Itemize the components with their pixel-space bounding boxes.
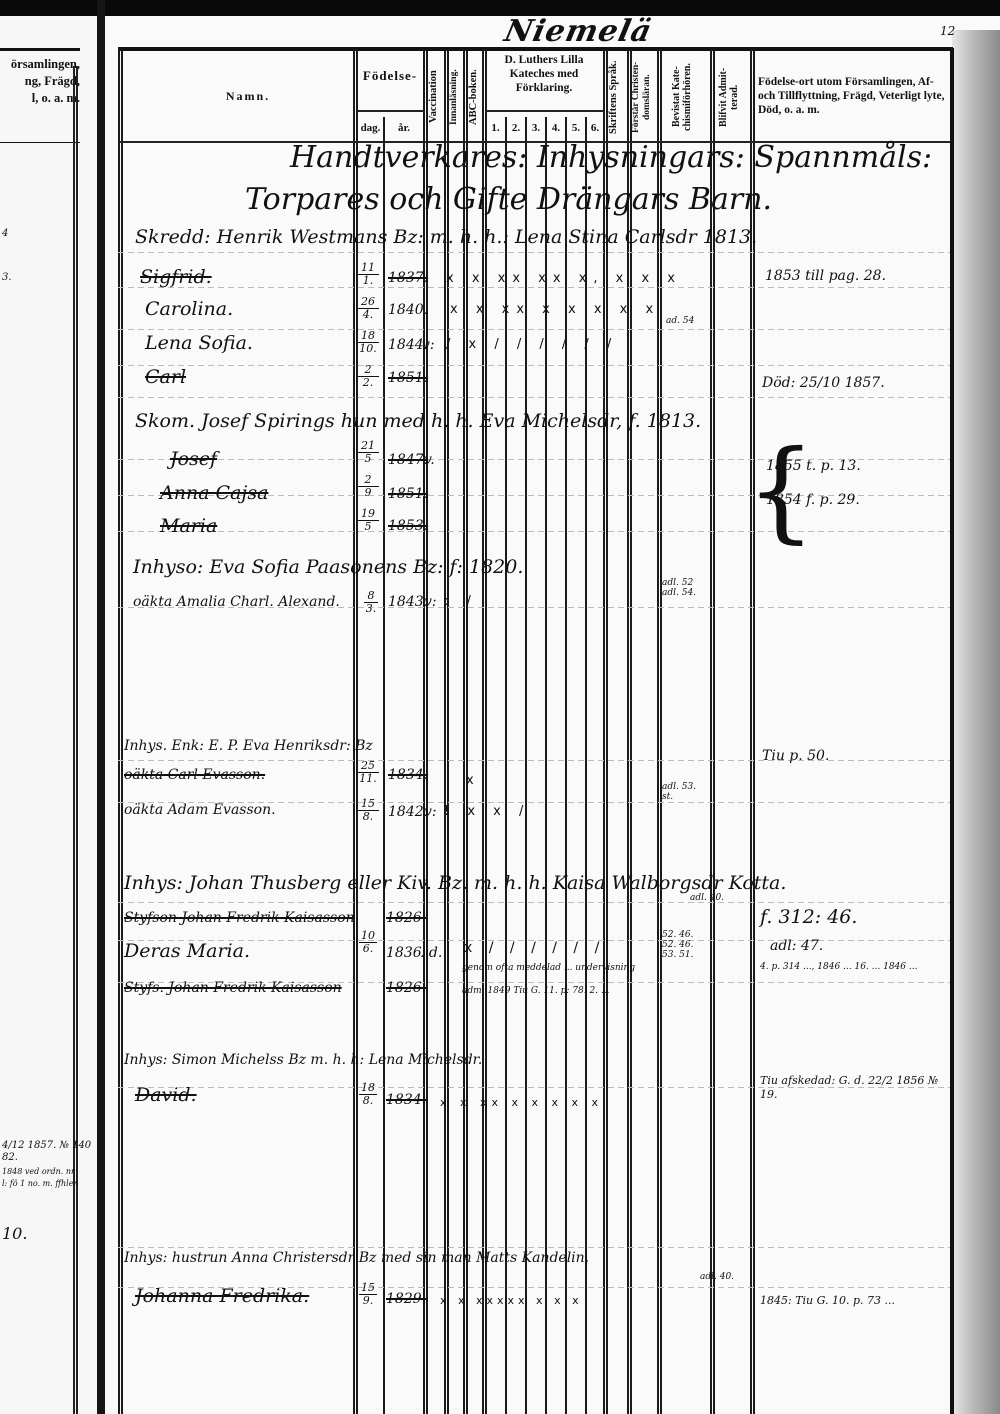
- birth-day-month: 83.: [364, 590, 378, 615]
- child-name: Johanna Fredrika.: [135, 1285, 309, 1307]
- row-rule: [118, 252, 953, 253]
- header-luther-1: 1.: [486, 121, 505, 135]
- birth-year: 1853.: [388, 518, 428, 534]
- birth-day-month: 29: [357, 474, 379, 499]
- birth-year: 1840.: [388, 302, 428, 318]
- header-birth: Födelse-: [358, 69, 422, 83]
- child-name: Sigfrid.: [140, 266, 212, 288]
- family-head: Skredd: Henrik Westmans Bz: m. h. h.: Le…: [135, 226, 757, 248]
- header-skriftens-sprak: Skriftens Språk.: [608, 55, 624, 139]
- column-line: [657, 49, 662, 1414]
- header-luther-5: 5.: [567, 121, 585, 135]
- remark: Tiu p. 50.: [762, 748, 829, 764]
- remark: 1853 till pag. 28.: [765, 268, 886, 284]
- birth-day-month: 188.: [359, 1082, 377, 1107]
- birth-subrule: [358, 110, 424, 112]
- left-note: 82.: [2, 1152, 18, 1164]
- column-line: [423, 49, 428, 1414]
- birth-day-month: 264.: [357, 296, 379, 321]
- header-luther-3: 3.: [527, 121, 545, 135]
- header-birth-day: dag.: [358, 121, 383, 135]
- family-head: Inhyso: Eva Sofia Paasonens Bz: f: 1820.: [133, 556, 523, 578]
- left-page-top-rule: [0, 48, 80, 51]
- column-line: [710, 49, 715, 1414]
- header-luther-2: 2.: [507, 121, 525, 135]
- section-title-line2: Torpares och Gifte Drängars Barn.: [245, 182, 772, 217]
- child-name: Carl: [145, 366, 186, 388]
- kateches-note: adl. 40.: [690, 893, 724, 903]
- scan-top-border: [0, 0, 1000, 16]
- exam-marks: x x xx x x x x x: [440, 1096, 603, 1109]
- left-note: 1848 ved ordn. nr: [2, 1166, 75, 1178]
- column-line: [603, 49, 608, 1414]
- column-line: [627, 49, 632, 1414]
- teaching-note: genom ofta meddelad ... undervisning: [462, 963, 635, 973]
- header-birth-year: år.: [386, 121, 422, 135]
- exam-marks: x x xx x x x x x: [450, 302, 660, 317]
- child-name: David.: [135, 1084, 197, 1106]
- birth-year: 1837.: [388, 270, 428, 286]
- admission-note: adm: 1849 Tiu G. 11. p: 78. 2. ...: [462, 986, 609, 996]
- exam-marks: x: [466, 773, 481, 788]
- column-line: [482, 49, 487, 1414]
- header-name: Namn.: [158, 89, 338, 103]
- header-luther: D. Luthers Lilla Kateches med Förklaring…: [488, 53, 600, 95]
- column-line: [463, 49, 468, 1414]
- birth-year: 1843.: [388, 594, 428, 610]
- vaccination-mark: v:: [422, 337, 435, 353]
- header-innanlasning: Innanläsning.: [449, 55, 460, 139]
- child-name: Maria: [160, 515, 217, 537]
- child-name: Deras Maria.: [124, 940, 250, 962]
- family-head: Inhys. Enk: E. P. Eva Henriksdr: Bz: [124, 738, 373, 754]
- left-note: 10.: [2, 1228, 27, 1240]
- table-top-rule: [118, 47, 953, 51]
- birth-day-month: 2511.: [357, 760, 379, 785]
- child-name: Carolina.: [145, 298, 233, 320]
- birth-day-month: 111.: [357, 262, 379, 287]
- left-note: 3.: [2, 272, 12, 284]
- child-name: oäkta Carl Evasson.: [124, 767, 265, 783]
- birth-year: 1829.: [386, 1291, 426, 1307]
- kateches-note: adl. 40.: [700, 1272, 734, 1282]
- section-title-line1: Handtverkares: Inhysningars: Spannmåls:: [290, 140, 932, 175]
- vaccination-mark: . d.: [420, 945, 442, 961]
- header-bevistat: Bevistat Kate-chismiförhören.: [671, 55, 697, 139]
- family-head: Skom. Josef Spirings hun med h. h. Eva M…: [135, 410, 701, 432]
- birth-day-month: 159.: [359, 1282, 377, 1307]
- row-rule: [118, 902, 953, 903]
- birth-day-month: 22.: [357, 364, 379, 389]
- row-rule: [118, 365, 953, 366]
- column-line: [353, 49, 358, 1414]
- remark: f. 312: 46.: [760, 906, 857, 928]
- child-name: oäkta Amalia Charl. Alexand.: [133, 594, 340, 610]
- birth-day-month: 158.: [357, 798, 379, 823]
- header-luther-4: 4.: [547, 121, 565, 135]
- luther-subrule: [486, 110, 604, 112]
- book-gutter: [97, 0, 105, 1414]
- left-page-column-line: [73, 66, 75, 1414]
- kateches-note: adl. 53. st.: [662, 782, 698, 802]
- table-right-border: [950, 48, 954, 1414]
- header-luther-6: 6.: [587, 121, 603, 135]
- left-page-header-rule: [0, 142, 80, 143]
- family-head: Inhys: Johan Thusberg eller Kiv. Bz. m. …: [124, 872, 786, 894]
- left-page-fragment: örsamlingen, ng, Frägd, l, o. a. m. 4 3.…: [0, 16, 97, 1414]
- vaccination-mark: v:: [424, 804, 437, 820]
- birth-day-month: 106.: [359, 930, 377, 955]
- bracket-symbol: {: [746, 440, 816, 540]
- remark: 1845: Tiu G. 10. p. 73 ...: [760, 1294, 895, 1307]
- row-rule: [118, 531, 953, 532]
- birth-year: 1834.: [386, 1092, 426, 1108]
- row-rule: [118, 287, 953, 288]
- exam-marks: ! x x /: [444, 804, 530, 819]
- remark: adl: 47.: [770, 938, 823, 954]
- column-line: [750, 49, 755, 1414]
- birth-day-month: 215: [357, 440, 379, 465]
- header-vaccination: Vaccination: [428, 55, 439, 139]
- birth-year: 1834.: [388, 767, 428, 783]
- row-rule: [118, 1247, 953, 1248]
- header-abc-boken: ABC-boken.: [468, 55, 479, 139]
- exam-marks: x / / / / / /: [464, 940, 605, 956]
- child-name: Styfs. Johan Fredrik Kaisasson: [124, 980, 342, 996]
- birth-year: 1851.: [388, 486, 428, 502]
- page-edge-shadow: [952, 30, 1000, 1414]
- birth-day-month: 195: [357, 508, 379, 533]
- left-page-column-line: [76, 66, 78, 1414]
- exam-marks: / x / / / / / /: [446, 337, 618, 352]
- birth-year: 1826.: [386, 980, 426, 996]
- column-line: [118, 49, 123, 1414]
- header-forstar: Förstår Christen-domsläran.: [631, 55, 655, 139]
- left-note: 4/12 1857. № 140: [2, 1140, 91, 1152]
- birth-year: 1847.: [388, 452, 428, 468]
- left-note: l: fö 1 no. m. ffhlen: [2, 1178, 79, 1190]
- remark: Död: 25/10 1857.: [762, 375, 885, 391]
- birth-year: 1851.: [388, 370, 428, 386]
- kateches-note: adl. 52 adl. 54.: [662, 578, 702, 598]
- exam-marks: : /: [444, 594, 478, 609]
- child-name: Lena Sofia.: [145, 332, 253, 354]
- remark: 4. p. 314 ..., 1846 ... 16. ... 1846 ...: [760, 962, 950, 972]
- child-name: Josef: [170, 448, 217, 470]
- exam-marks: x x xx xx x, x x x: [446, 271, 682, 286]
- column-line: [444, 49, 449, 1414]
- header-remarks: Födelse-ort utom Församlingen, Af- och T…: [758, 75, 953, 117]
- register-table: Namn. Födelse- dag. år. Vaccination Inna…: [118, 47, 953, 1414]
- left-page-header: örsamlingen, ng, Frägd, l, o. a. m.: [0, 56, 80, 107]
- remark: Tiu afskedad: G. d. 22/2 1856 № 19.: [760, 1074, 945, 1102]
- vaccination-mark: v:: [424, 594, 437, 610]
- column-line: [383, 117, 385, 1414]
- birth-day-month: 1810.: [357, 330, 379, 355]
- child-name: Styfson Johan Fredrik Kaisasson: [124, 910, 355, 926]
- left-note: 4: [2, 228, 8, 240]
- vaccination-mark: v.: [424, 452, 435, 468]
- exam-marks: x x xxxxx x x x: [440, 1294, 583, 1307]
- header-admitterad: Blifvit Admit-terad.: [718, 55, 742, 139]
- row-rule: [118, 329, 953, 330]
- child-name: Anna Cajsa: [160, 482, 268, 504]
- birth-year: 1842.: [388, 804, 428, 820]
- page-number: 12: [940, 24, 955, 38]
- kateches-note: 52. 46. 52. 46. 53. 51.: [662, 930, 702, 960]
- family-head: Inhys: hustrun Anna Christersdr Bz med s…: [124, 1250, 589, 1266]
- row-rule: [118, 397, 953, 398]
- child-name: oäkta Adam Evasson.: [124, 802, 276, 818]
- kateches-note: ad. 54: [666, 316, 694, 326]
- parish-heading: Niemelä: [501, 14, 655, 49]
- birth-year: 1826.: [386, 910, 426, 926]
- family-head: Inhys: Simon Michelss Bz m. h. h: Lena M…: [124, 1052, 482, 1068]
